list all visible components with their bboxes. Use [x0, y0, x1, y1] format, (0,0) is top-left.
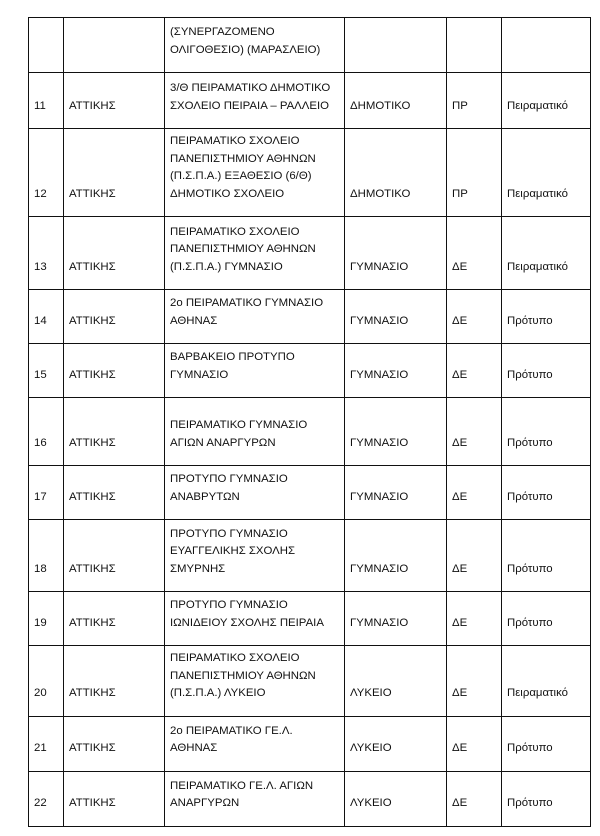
education-level-cell: ΔΕ — [447, 217, 502, 290]
row-number-cell: 21 — [29, 716, 64, 771]
region-cell: ΑΤΤΙΚΗΣ — [64, 290, 165, 344]
row-number-cell: 17 — [29, 466, 64, 520]
school-name-cell: ΠΕΙΡΑΜΑΤΙΚΟ ΣΧΟΛΕΙΟ ΠΑΝΕΠΙΣΤΗΜΙΟΥ ΑΘΗΝΩΝ… — [165, 646, 345, 717]
education-level-cell — [447, 18, 502, 73]
school-category-cell: Πρότυπο — [502, 592, 591, 646]
row-number-cell: 18 — [29, 520, 64, 592]
school-type-cell: ΓΥΜΝΑΣΙΟ — [345, 466, 447, 520]
region-cell: ΑΤΤΙΚΗΣ — [64, 520, 165, 592]
table-row: 16ΑΤΤΙΚΗΣΠΕΙΡΑΜΑΤΙΚΟ ΓΥΜΝΑΣΙΟ ΑΓΙΩΝ ΑΝΑΡ… — [29, 398, 591, 466]
school-name-cell: 2ο ΠΕΙΡΑΜΑΤΙΚΟ ΓΥΜΝΑΣΙΟ ΑΘΗΝΑΣ — [165, 290, 345, 344]
education-level-cell: ΔΕ — [447, 466, 502, 520]
school-type-cell: ΓΥΜΝΑΣΙΟ — [345, 592, 447, 646]
row-number-cell: 15 — [29, 344, 64, 398]
school-category-cell: Πρότυπο — [502, 466, 591, 520]
table-row: 19ΑΤΤΙΚΗΣΠΡΟΤΥΠΟ ΓΥΜΝΑΣΙΟ ΙΩΝΙΔΕΙΟΥ ΣΧΟΛ… — [29, 592, 591, 646]
school-category-cell: Πρότυπο — [502, 520, 591, 592]
row-number-cell: 20 — [29, 646, 64, 717]
region-cell: ΑΤΤΙΚΗΣ — [64, 771, 165, 826]
row-number-cell: 13 — [29, 217, 64, 290]
region-cell: ΑΤΤΙΚΗΣ — [64, 716, 165, 771]
region-cell: ΑΤΤΙΚΗΣ — [64, 217, 165, 290]
row-number-cell: 16 — [29, 398, 64, 466]
row-number-cell: 14 — [29, 290, 64, 344]
school-category-cell: Πειραματικό — [502, 646, 591, 717]
school-name-cell: ΠΕΙΡΑΜΑΤΙΚΟ ΓΕ.Λ. ΑΓΙΩΝ ΑΝΑΡΓΥΡΩΝ — [165, 771, 345, 826]
school-type-cell: ΛΥΚΕΙΟ — [345, 771, 447, 826]
table-body: (ΣΥΝΕΡΓΑΖΟΜΕΝΟ ΟΛΙΓΟΘΕΣΙΟ) (ΜΑΡΑΣΛΕΙΟ)11… — [29, 18, 591, 827]
table-row: 18ΑΤΤΙΚΗΣΠΡΟΤΥΠΟ ΓΥΜΝΑΣΙΟ ΕΥΑΓΓΕΛΙΚΗΣ ΣΧ… — [29, 520, 591, 592]
table-row: 12ΑΤΤΙΚΗΣΠΕΙΡΑΜΑΤΙΚΟ ΣΧΟΛΕΙΟ ΠΑΝΕΠΙΣΤΗΜΙ… — [29, 129, 591, 217]
table-row: 22ΑΤΤΙΚΗΣΠΕΙΡΑΜΑΤΙΚΟ ΓΕ.Λ. ΑΓΙΩΝ ΑΝΑΡΓΥΡ… — [29, 771, 591, 826]
row-number-cell — [29, 18, 64, 73]
row-number-cell: 12 — [29, 129, 64, 217]
school-type-cell — [345, 18, 447, 73]
school-type-cell: ΓΥΜΝΑΣΙΟ — [345, 398, 447, 466]
region-cell: ΑΤΤΙΚΗΣ — [64, 398, 165, 466]
education-level-cell: ΔΕ — [447, 398, 502, 466]
region-cell: ΑΤΤΙΚΗΣ — [64, 592, 165, 646]
table-row: 11ΑΤΤΙΚΗΣ3/Θ ΠΕΙΡΑΜΑΤΙΚΟ ΔΗΜΟΤΙΚΟ ΣΧΟΛΕΙ… — [29, 73, 591, 129]
region-cell — [64, 18, 165, 73]
school-type-cell: ΓΥΜΝΑΣΙΟ — [345, 520, 447, 592]
school-category-cell — [502, 18, 591, 73]
table-row: 15ΑΤΤΙΚΗΣΒΑΡΒΑΚΕΙΟ ΠΡΟΤΥΠΟ ΓΥΜΝΑΣΙΟΓΥΜΝΑ… — [29, 344, 591, 398]
education-level-cell: ΠΡ — [447, 129, 502, 217]
school-category-cell: Πειραματικό — [502, 217, 591, 290]
school-name-cell: ΠΡΟΤΥΠΟ ΓΥΜΝΑΣΙΟ ΙΩΝΙΔΕΙΟΥ ΣΧΟΛΗΣ ΠΕΙΡΑΙ… — [165, 592, 345, 646]
school-name-cell: ΠΕΙΡΑΜΑΤΙΚΟ ΣΧΟΛΕΙΟ ΠΑΝΕΠΙΣΤΗΜΙΟΥ ΑΘΗΝΩΝ… — [165, 217, 345, 290]
region-cell: ΑΤΤΙΚΗΣ — [64, 73, 165, 129]
education-level-cell: ΔΕ — [447, 646, 502, 717]
school-name-cell: ΠΕΙΡΑΜΑΤΙΚΟ ΣΧΟΛΕΙΟ ΠΑΝΕΠΙΣΤΗΜΙΟΥ ΑΘΗΝΩΝ… — [165, 129, 345, 217]
education-level-cell: ΔΕ — [447, 344, 502, 398]
school-category-cell: Πειραματικό — [502, 129, 591, 217]
education-level-cell: ΔΕ — [447, 716, 502, 771]
table-row: 13ΑΤΤΙΚΗΣΠΕΙΡΑΜΑΤΙΚΟ ΣΧΟΛΕΙΟ ΠΑΝΕΠΙΣΤΗΜΙ… — [29, 217, 591, 290]
school-name-cell: ΒΑΡΒΑΚΕΙΟ ΠΡΟΤΥΠΟ ΓΥΜΝΑΣΙΟ — [165, 344, 345, 398]
school-type-cell: ΓΥΜΝΑΣΙΟ — [345, 217, 447, 290]
school-type-cell: ΔΗΜΟΤΙΚΟ — [345, 73, 447, 129]
table-row: 14ΑΤΤΙΚΗΣ2ο ΠΕΙΡΑΜΑΤΙΚΟ ΓΥΜΝΑΣΙΟ ΑΘΗΝΑΣΓ… — [29, 290, 591, 344]
table-row: 20ΑΤΤΙΚΗΣΠΕΙΡΑΜΑΤΙΚΟ ΣΧΟΛΕΙΟ ΠΑΝΕΠΙΣΤΗΜΙ… — [29, 646, 591, 717]
region-cell: ΑΤΤΙΚΗΣ — [64, 344, 165, 398]
school-category-cell: Πρότυπο — [502, 344, 591, 398]
education-level-cell: ΔΕ — [447, 771, 502, 826]
school-name-cell: 3/Θ ΠΕΙΡΑΜΑΤΙΚΟ ΔΗΜΟΤΙΚΟ ΣΧΟΛΕΙΟ ΠΕΙΡΑΙΑ… — [165, 73, 345, 129]
school-type-cell: ΓΥΜΝΑΣΙΟ — [345, 290, 447, 344]
education-level-cell: ΔΕ — [447, 592, 502, 646]
school-name-cell: ΠΡΟΤΥΠΟ ΓΥΜΝΑΣΙΟ ΕΥΑΓΓΕΛΙΚΗΣ ΣΧΟΛΗΣ ΣΜΥΡ… — [165, 520, 345, 592]
school-category-cell: Πρότυπο — [502, 398, 591, 466]
region-cell: ΑΤΤΙΚΗΣ — [64, 466, 165, 520]
school-name-cell: (ΣΥΝΕΡΓΑΖΟΜΕΝΟ ΟΛΙΓΟΘΕΣΙΟ) (ΜΑΡΑΣΛΕΙΟ) — [165, 18, 345, 73]
education-level-cell: ΠΡ — [447, 73, 502, 129]
schools-table: (ΣΥΝΕΡΓΑΖΟΜΕΝΟ ΟΛΙΓΟΘΕΣΙΟ) (ΜΑΡΑΣΛΕΙΟ)11… — [28, 17, 591, 827]
education-level-cell: ΔΕ — [447, 290, 502, 344]
education-level-cell: ΔΕ — [447, 520, 502, 592]
region-cell: ΑΤΤΙΚΗΣ — [64, 129, 165, 217]
school-category-cell: Πρότυπο — [502, 290, 591, 344]
region-cell: ΑΤΤΙΚΗΣ — [64, 646, 165, 717]
school-type-cell: ΔΗΜΟΤΙΚΟ — [345, 129, 447, 217]
row-number-cell: 11 — [29, 73, 64, 129]
school-name-cell: ΠΕΙΡΑΜΑΤΙΚΟ ΓΥΜΝΑΣΙΟ ΑΓΙΩΝ ΑΝΑΡΓΥΡΩΝ — [165, 398, 345, 466]
table-row: 21ΑΤΤΙΚΗΣ2ο ΠΕΙΡΑΜΑΤΙΚΟ ΓΕ.Λ. ΑΘΗΝΑΣΛΥΚΕ… — [29, 716, 591, 771]
school-category-cell: Πειραματικό — [502, 73, 591, 129]
school-name-cell: ΠΡΟΤΥΠΟ ΓΥΜΝΑΣΙΟ ΑΝΑΒΡΥΤΩΝ — [165, 466, 345, 520]
school-category-cell: Πρότυπο — [502, 771, 591, 826]
row-number-cell: 19 — [29, 592, 64, 646]
school-type-cell: ΛΥΚΕΙΟ — [345, 716, 447, 771]
table-row: 17ΑΤΤΙΚΗΣΠΡΟΤΥΠΟ ΓΥΜΝΑΣΙΟ ΑΝΑΒΡΥΤΩΝΓΥΜΝΑ… — [29, 466, 591, 520]
school-category-cell: Πρότυπο — [502, 716, 591, 771]
row-number-cell: 22 — [29, 771, 64, 826]
table-row: (ΣΥΝΕΡΓΑΖΟΜΕΝΟ ΟΛΙΓΟΘΕΣΙΟ) (ΜΑΡΑΣΛΕΙΟ) — [29, 18, 591, 73]
school-type-cell: ΛΥΚΕΙΟ — [345, 646, 447, 717]
school-type-cell: ΓΥΜΝΑΣΙΟ — [345, 344, 447, 398]
school-name-cell: 2ο ΠΕΙΡΑΜΑΤΙΚΟ ΓΕ.Λ. ΑΘΗΝΑΣ — [165, 716, 345, 771]
